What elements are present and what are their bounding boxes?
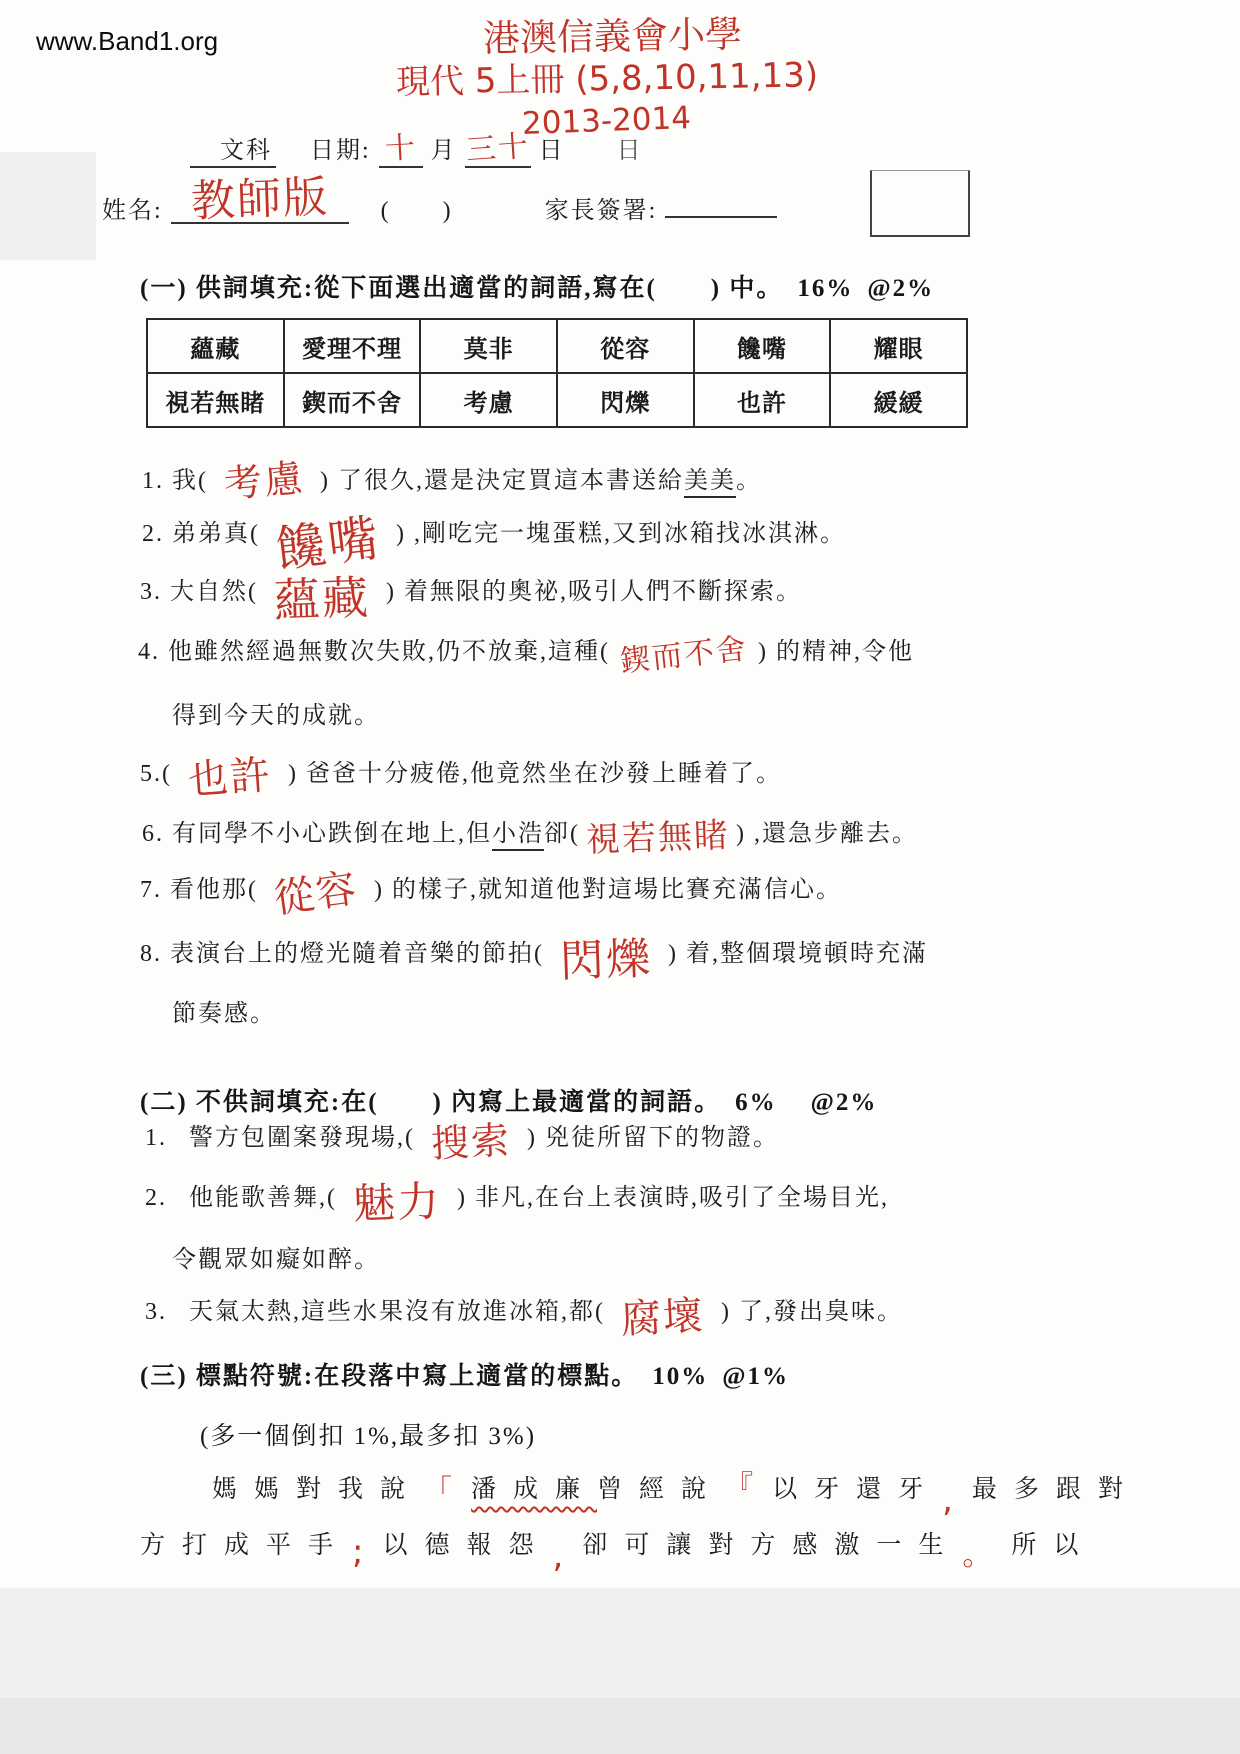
section1-heading: (一) 供詞填充:從下面選出適當的詞語,寫在( ) 中。16%@2%: [140, 268, 934, 304]
question-text: 得到今天的成就。: [172, 703, 380, 729]
section1-title: (一) 供詞填充:從下面選出適當的詞語,寫在( ) 中。: [140, 275, 783, 302]
answer-handwritten: 從容: [272, 868, 361, 919]
question-text: 他能歌善舞,(: [189, 1185, 337, 1211]
question-text: 他雖然經過無數次失敗,仍不放棄,這種(: [168, 639, 610, 665]
question-text: 。: [736, 468, 762, 494]
month-field: 十: [379, 134, 423, 168]
question-text: ) 着無限的奧祕,吸引人們不斷探索。: [386, 579, 802, 605]
punctuation-paragraph-line2: 方打成平手;以德報怨,卻可讓對方感激一生。所以: [140, 1528, 1095, 1574]
teacher-version-mark: 教師版: [190, 176, 329, 225]
word-bank-table: 蘊藏 愛理不理 莫非 從容 饞嘴 耀眼 視若無睹 鍥而不舍 考慮 閃爍 也許 緩…: [146, 318, 968, 428]
paragraph-text: 最多跟對: [972, 1476, 1140, 1503]
question-row-4: 4. 他雖然經過無數次失敗,仍不放棄,這種(鍥而不舍) 的精神,令他: [138, 636, 914, 671]
paragraph-text: 媽媽對我說: [212, 1476, 422, 1503]
paragraph-text: 所以: [1011, 1532, 1095, 1559]
red-punctuation-semicolon: ;: [352, 1532, 380, 1572]
handwritten-school-name: 港澳信義會小學: [483, 16, 743, 58]
date-label: 日期:: [310, 138, 371, 164]
parent-sign-blank: [665, 216, 777, 218]
answer-handwritten: 蘊藏: [273, 574, 371, 623]
word-bank-row: 蘊藏 愛理不理 莫非 從容 饞嘴 耀眼: [147, 319, 967, 373]
paragraph-text: 以德報怨: [382, 1532, 550, 1559]
question-text: ) ,還急步離去。: [736, 821, 918, 847]
red-punctuation-comma: ,: [553, 1536, 581, 1576]
word-bank-cell: 視若無睹: [147, 373, 284, 427]
section2-score: 6%: [735, 1089, 777, 1116]
section2-heading: (二) 不供詞填充:在( ) 內寫上最適當的詞語。6%@2%: [140, 1082, 877, 1118]
question-row-2: 2. 弟弟真(饞嘴) ,剛吃完一塊蛋糕,又到冰箱找冰淇淋。: [142, 518, 846, 569]
question-text: 令觀眾如癡如醉。: [172, 1247, 380, 1273]
month-unit: 月: [431, 138, 457, 164]
question-text: 我(: [172, 468, 208, 494]
question-number: 2.: [142, 521, 164, 547]
question-number: 3.: [140, 579, 162, 605]
paragraph-text: 曾經說: [597, 1476, 723, 1503]
section1-score: 16%: [797, 275, 853, 302]
paragraph-text: 卻可讓對方感激一生: [582, 1532, 960, 1559]
question-row-3: 3. 大自然(蘊藏) 着無限的奧祕,吸引人們不斷探索。: [140, 576, 802, 622]
paragraph-text: 以牙還牙: [772, 1476, 940, 1503]
question-number: 1.: [145, 1125, 167, 1151]
class-brackets: ( ): [381, 198, 453, 224]
question-text: 看他那(: [170, 877, 258, 903]
name-field: 教師版: [171, 182, 349, 224]
question-text: ) 的樣子,就知道他對這場比賽充滿信心。: [374, 877, 842, 903]
question-text: 警方包圍案發現場,(: [189, 1125, 415, 1151]
underlined-name: 美美: [684, 468, 736, 498]
subject-date-line: 文科 日期: 十 月 三十 日 日: [190, 134, 643, 168]
question-row-8: 8. 表演台上的燈光隨着音樂的節拍(閃爍) 着,整個環境頓時充滿: [140, 938, 928, 983]
weekday-mark: 日: [617, 138, 643, 164]
answer-handwritten: 視若無睹: [585, 818, 730, 857]
section3-heading: (三) 標點符號:在段落中寫上適當的標點。10%@1%: [140, 1356, 789, 1392]
answer-handwritten: 考慮: [222, 459, 305, 504]
question-text: ) 非凡,在台上表演時,吸引了全場目光,: [457, 1185, 889, 1211]
answer-handwritten: 鍥而不舍: [619, 634, 749, 677]
answer-handwritten: 魅力: [352, 1180, 441, 1225]
word-bank-cell: 閃爍: [557, 373, 694, 427]
red-punctuation-inner-quote: 『: [725, 1469, 770, 1502]
question-text: 節奏感。: [172, 1001, 276, 1027]
name-line: 姓名: 教師版 ( ) 家長簽署:: [102, 182, 777, 227]
question-row-s2-2-cont: 令觀眾如癡如醉。: [172, 1244, 380, 1276]
underlined-name: 小浩: [492, 821, 544, 851]
question-number: 6.: [142, 821, 164, 847]
question-number: 7.: [140, 877, 162, 903]
question-row-4-cont: 得到今天的成就。: [172, 700, 380, 732]
name-label: 姓名:: [102, 198, 163, 224]
question-row-6: 6. 有同學不小心跌倒在地上,但小浩卻(視若無睹) ,還急步離去。: [142, 818, 918, 855]
word-bank-cell: 莫非: [420, 319, 557, 373]
paragraph-text: 方打成平手: [140, 1532, 350, 1559]
question-row-s2-3: 3. 天氣太熱,這些水果沒有放進冰箱,都(腐壞) 了,發出臭味。: [145, 1296, 903, 1338]
section2-title: (二) 不供詞填充:在( ) 內寫上最適當的詞語。: [140, 1089, 721, 1116]
subject-field: 文科: [190, 136, 276, 168]
question-text: ) 的精神,令他: [758, 639, 914, 665]
question-row-s2-1: 1. 警方包圍案發現場,(搜索) 兇徒所留下的物證。: [145, 1122, 779, 1161]
word-bank-cell: 蘊藏: [147, 319, 284, 373]
scan-edge-bottom: [0, 1698, 1240, 1754]
punctuation-paragraph-line1: 媽媽對我說「潘成廉曾經說『以牙還牙,最多跟對: [212, 1468, 1140, 1518]
question-text: 卻(: [544, 821, 580, 847]
question-number: 3.: [145, 1299, 167, 1325]
question-number: 1.: [142, 468, 164, 494]
question-number: 2.: [145, 1185, 167, 1211]
answer-handwritten: 搜索: [430, 1121, 512, 1163]
question-text: ) 兇徒所留下的物證。: [527, 1125, 779, 1151]
section1-rate: @2%: [867, 275, 934, 302]
red-punctuation-comma: ,: [942, 1480, 970, 1520]
question-text: ) 爸爸十分疲倦,他竟然坐在沙發上睡着了。: [288, 761, 782, 787]
watermark: www.Band1.org: [36, 26, 218, 57]
parent-sign-label: 家長簽署:: [545, 198, 658, 224]
word-bank-cell: 愛理不理: [284, 319, 421, 373]
word-bank-cell: 饞嘴: [694, 319, 831, 373]
question-text: ) 了很久,還是決定買這本書送給: [320, 468, 684, 494]
answer-handwritten: 腐壞: [620, 1296, 706, 1340]
question-text: ) 了,發出臭味。: [721, 1299, 903, 1325]
handwritten-edition: 現代 5上冊 (5,8,10,11,13): [396, 58, 819, 99]
question-row-5: 5.(也許) 爸爸十分疲倦,他竟然坐在沙發上睡着了。: [140, 758, 782, 798]
question-number: 4.: [138, 639, 160, 665]
section3-score: 10%: [652, 1363, 708, 1390]
answer-handwritten: 饞嘴: [273, 513, 382, 575]
question-text: 天氣太熱,這些水果沒有放進冰箱,都(: [189, 1299, 605, 1325]
section3-title: (三) 標點符號:在段落中寫上適當的標點。: [140, 1363, 638, 1390]
section3-rate: @1%: [722, 1363, 789, 1390]
day-unit: 日: [539, 138, 565, 164]
answer-handwritten: 也許: [187, 755, 274, 801]
day-answer-handwritten: 三十: [465, 132, 531, 166]
worksheet-page: www.Band1.org 港澳信義會小學 現代 5上冊 (5,8,10,11,…: [0, 0, 1240, 1754]
word-bank-cell: 耀眼: [830, 319, 967, 373]
question-row-1: 1. 我(考慮) 了很久,還是決定買這本書送給美美。: [142, 462, 762, 500]
question-number: 8.: [140, 941, 162, 967]
word-bank-cell: 從容: [557, 319, 694, 373]
score-box: [870, 170, 970, 237]
question-row-7: 7. 看他那(從容) 的樣子,就知道他對這場比賽充滿信心。: [140, 874, 842, 914]
question-text: 大自然(: [170, 579, 258, 605]
question-row-s2-2: 2. 他能歌善舞,(魅力) 非凡,在台上表演時,吸引了全場目光,: [145, 1182, 889, 1224]
section2-rate: @2%: [811, 1089, 878, 1116]
red-punctuation-period: 。: [962, 1538, 1009, 1573]
word-bank-cell: 考慮: [420, 373, 557, 427]
word-bank-cell: 鍥而不舍: [284, 373, 421, 427]
question-text: 弟弟真(: [172, 521, 260, 547]
word-bank-row: 視若無睹 鍥而不舍 考慮 閃爍 也許 緩緩: [147, 373, 967, 427]
proper-noun-wavy: 潘成廉: [471, 1476, 597, 1503]
red-punctuation-open-quote: 「: [424, 1473, 469, 1506]
word-bank-cell: 緩緩: [830, 373, 967, 427]
question-text: ) 着,整個環境頓時充滿: [668, 941, 928, 967]
question-text: 有同學不小心跌倒在地上,但: [172, 821, 492, 847]
question-number: 5.(: [140, 761, 172, 787]
answer-handwritten: 閃爍: [559, 937, 652, 984]
question-row-8-cont: 節奏感。: [172, 998, 276, 1030]
day-field: 三十: [465, 134, 531, 168]
section3-note: (多一個倒扣 1%,最多扣 3%): [200, 1416, 536, 1452]
word-bank-cell: 也許: [694, 373, 831, 427]
question-text: ) ,剛吃完一塊蛋糕,又到冰箱找冰淇淋。: [396, 521, 846, 547]
question-text: 表演台上的燈光隨着音樂的節拍(: [170, 941, 544, 967]
month-answer-handwritten: 十: [384, 133, 418, 165]
scan-edge-left: [0, 152, 96, 260]
